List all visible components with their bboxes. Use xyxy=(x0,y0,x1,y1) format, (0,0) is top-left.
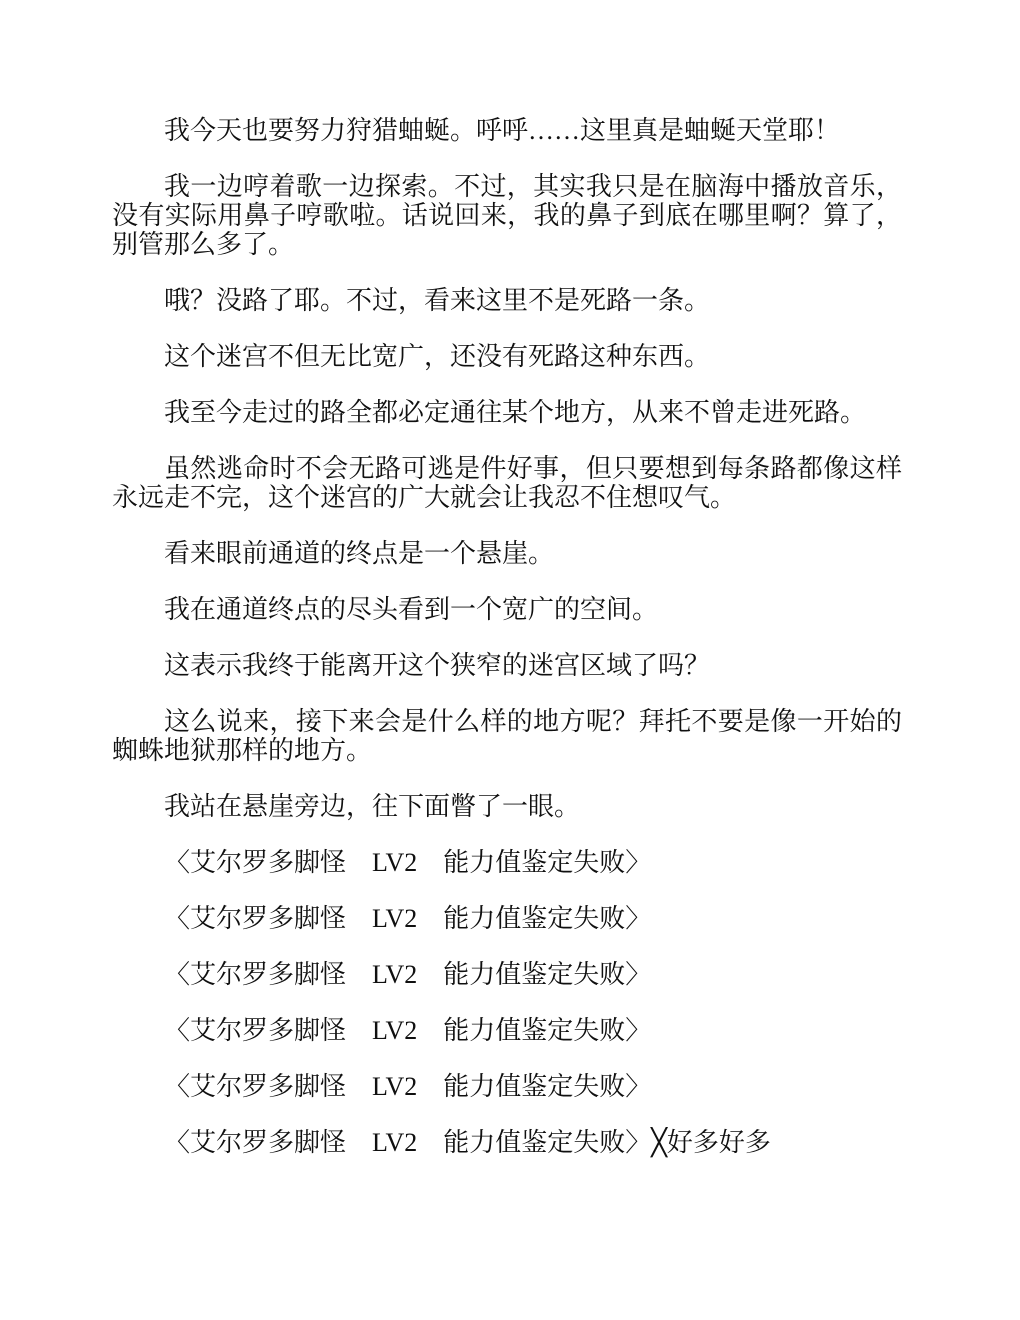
status-line: 〈艾尔罗多脚怪 LV2 能力值鉴定失败〉 xyxy=(112,960,902,989)
status-line: 〈艾尔罗多脚怪 LV2 能力值鉴定失败〉 xyxy=(112,848,902,877)
status-line: 〈艾尔罗多脚怪 LV2 能力值鉴定失败〉 xyxy=(112,904,902,933)
paragraph: 这个迷宫不但无比宽广，还没有死路这种东西。 xyxy=(112,342,902,371)
paragraph: 我至今走过的路全都必定通往某个地方，从来不曾走进死路。 xyxy=(112,398,902,427)
document-page: 我今天也要努力狩猎蚰蜒。呼呼……这里真是蚰蜒天堂耶！ 我一边哼着歌一边探索。不过… xyxy=(0,0,1020,1320)
status-line: 〈艾尔罗多脚怪 LV2 能力值鉴定失败〉 xyxy=(112,1016,902,1045)
status-line: 〈艾尔罗多脚怪 LV2 能力值鉴定失败〉 xyxy=(112,1072,902,1101)
paragraph: 我一边哼着歌一边探索。不过，其实我只是在脑海中播放音乐，没有实际用鼻子哼歌啦。话… xyxy=(112,172,902,259)
paragraph: 看来眼前通道的终点是一个悬崖。 xyxy=(112,539,902,568)
paragraph: 哦？没路了耶。不过，看来这里不是死路一条。 xyxy=(112,286,902,315)
paragraph: 我站在悬崖旁边，往下面瞥了一眼。 xyxy=(112,792,902,821)
paragraph: 我今天也要努力狩猎蚰蜒。呼呼……这里真是蚰蜒天堂耶！ xyxy=(112,116,902,145)
paragraph: 这么说来，接下来会是什么样的地方呢？拜托不要是像一开始的蜘蛛地狱那样的地方。 xyxy=(112,707,902,765)
paragraph: 虽然逃命时不会无路可逃是件好事，但只要想到每条路都像这样永远走不完，这个迷宫的广… xyxy=(112,454,902,512)
paragraph: 这表示我终于能离开这个狭窄的迷宫区域了吗？ xyxy=(112,651,902,680)
status-line: 〈艾尔罗多脚怪 LV2 能力值鉴定失败〉╳好多好多 xyxy=(112,1128,902,1157)
paragraph: 我在通道终点的尽头看到一个宽广的空间。 xyxy=(112,595,902,624)
